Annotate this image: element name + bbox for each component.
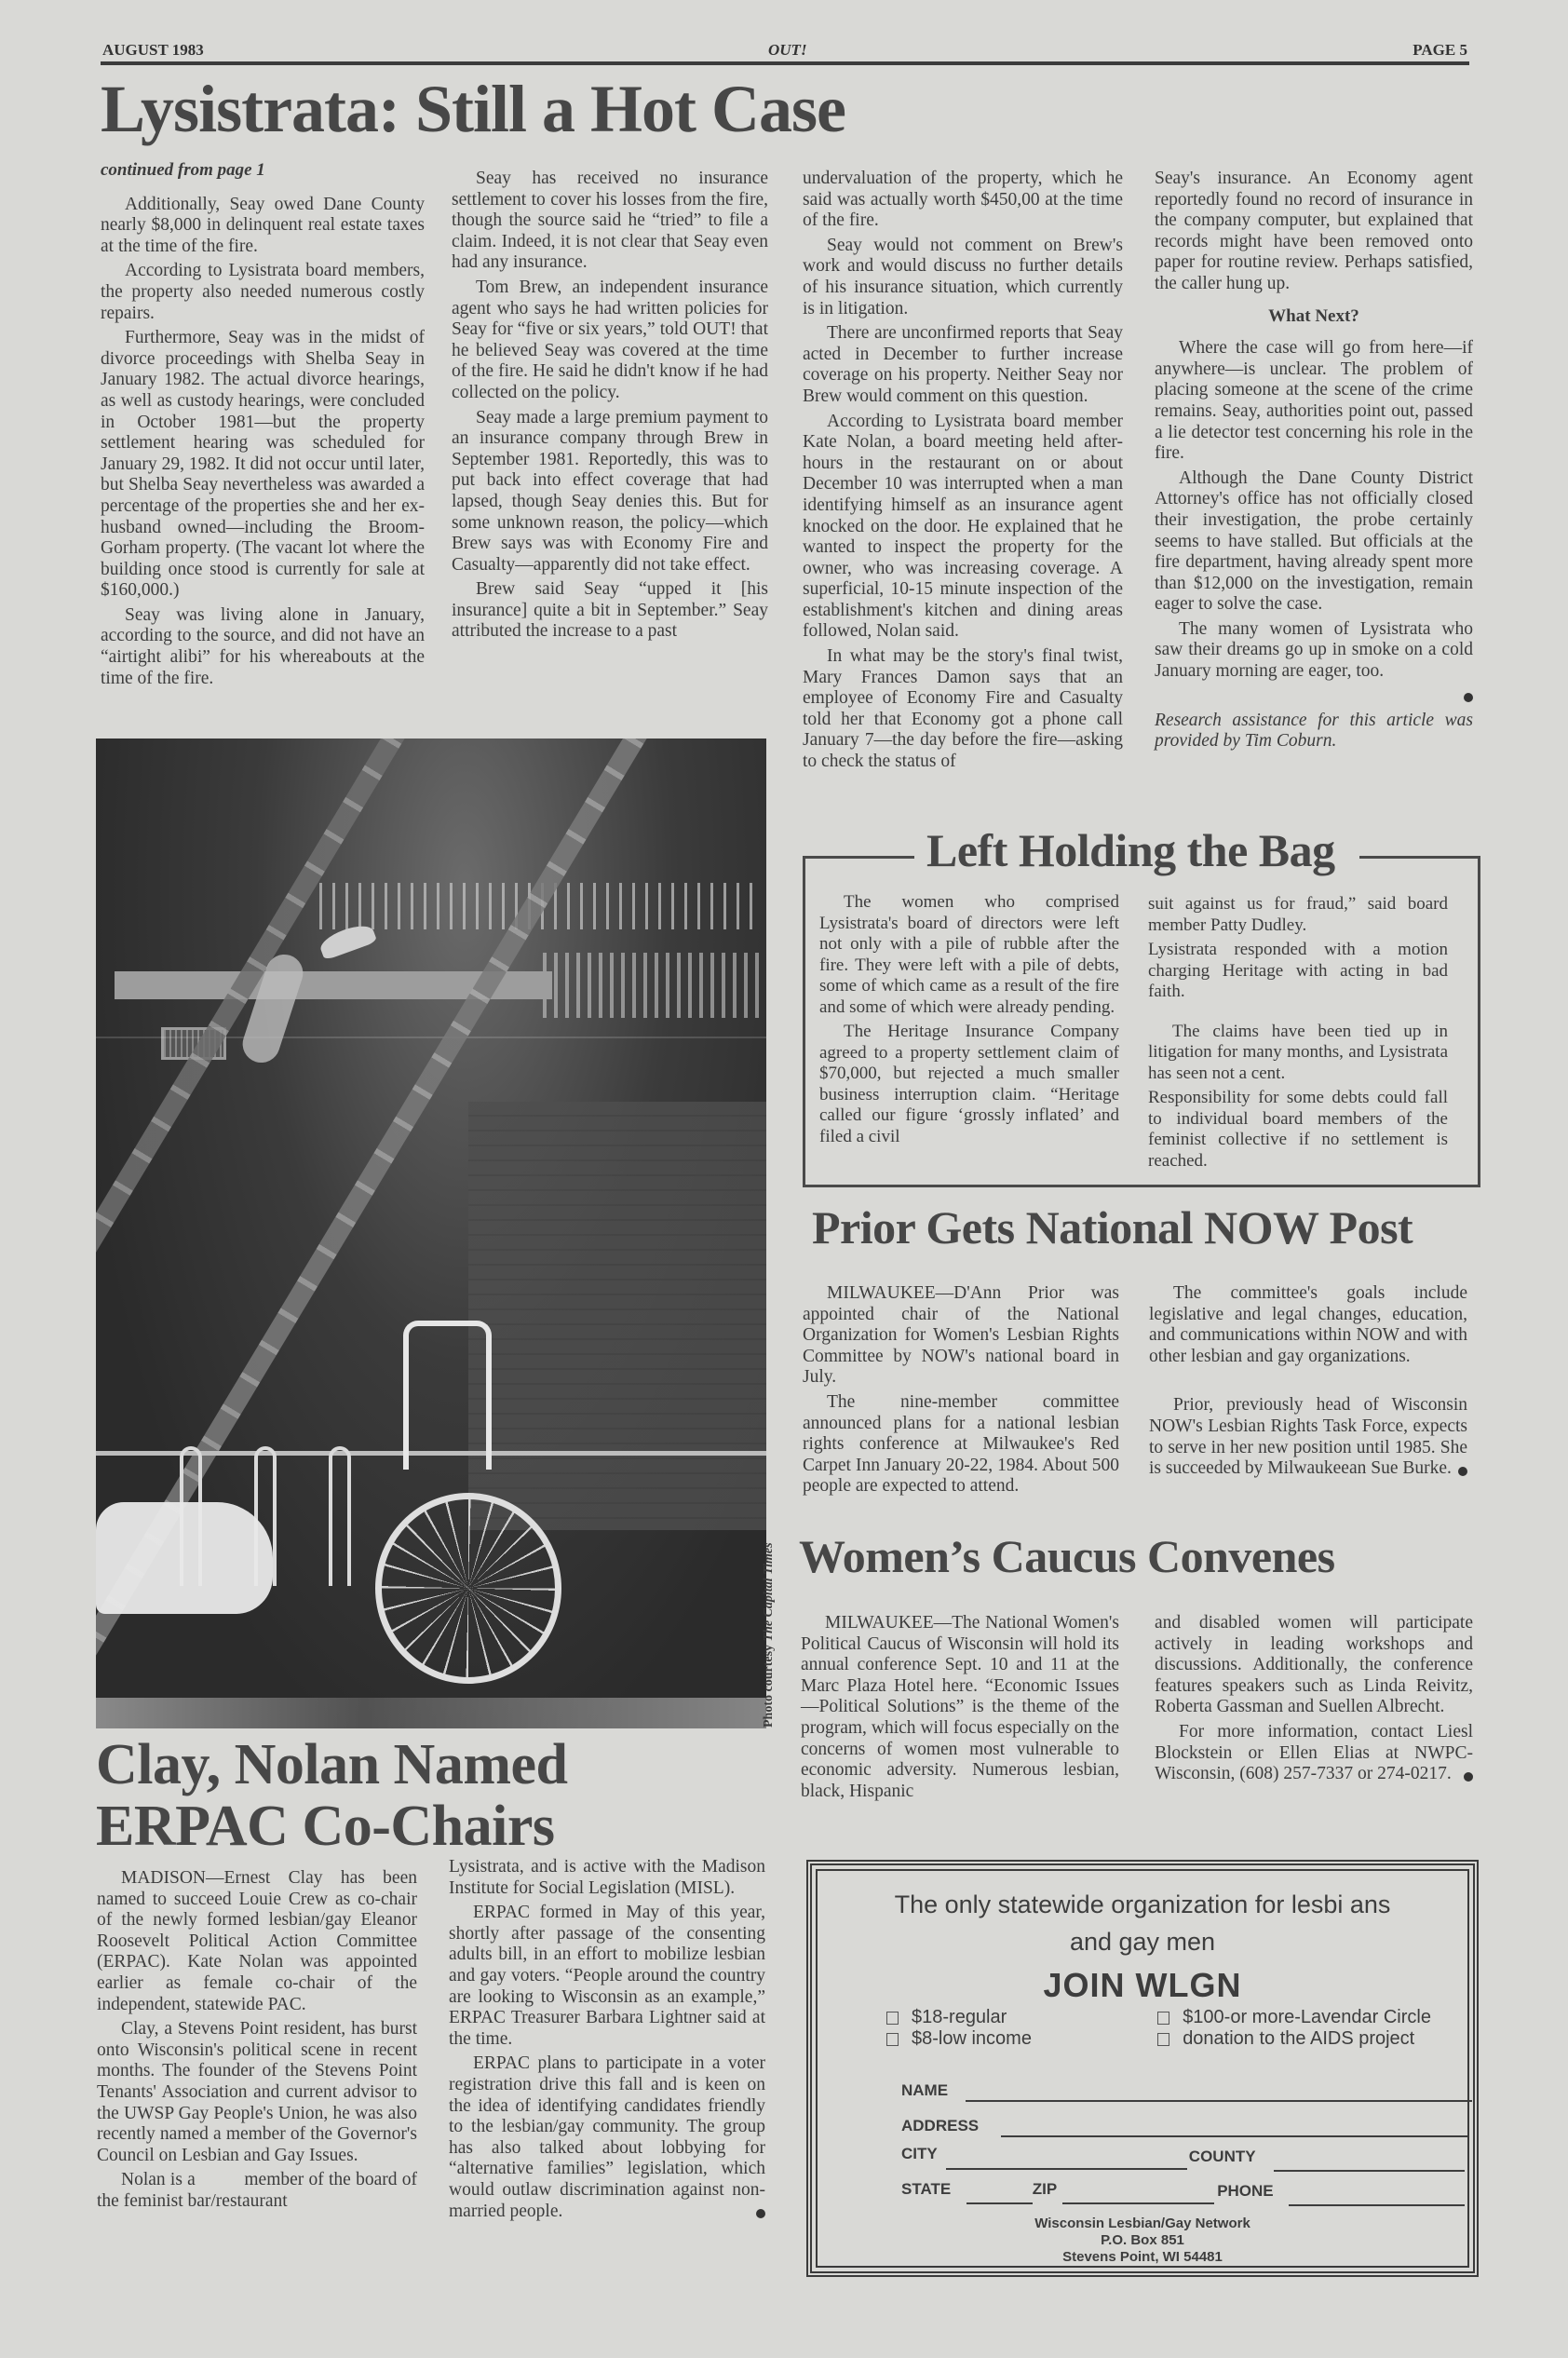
address-label: ADDRESS	[901, 2117, 979, 2135]
paper-fold	[96, 1037, 766, 1038]
ad-tagline: The only statewide organization for lesb…	[812, 1886, 1473, 1960]
paragraph: According to Lysistrata board member Kat…	[803, 412, 1123, 644]
checkbox-icon[interactable]	[886, 2033, 899, 2046]
header-rule	[101, 61, 1469, 65]
state-field[interactable]	[966, 2202, 1032, 2204]
what-next-subhead: What Next?	[1155, 306, 1473, 328]
paragraph: Seay has received no insurance settlemen…	[452, 169, 768, 274]
option-label: $18-regular	[912, 2007, 1007, 2028]
county-label: COUNTY	[1189, 2148, 1256, 2166]
prior-column-1: MILWAUKEE—D'Ann Prior was appointed chai…	[803, 1283, 1119, 1501]
address-field[interactable]	[1001, 2135, 1467, 2137]
prior-now-headline: Prior Gets National NOW Post	[812, 1203, 1413, 1253]
option-label: donation to the AIDS project	[1183, 2028, 1414, 2050]
po-box: P.O. Box 851	[812, 2232, 1473, 2249]
end-bullet-icon	[1464, 1772, 1473, 1782]
paragraph: Additionally, Seay owed Dane County near…	[101, 195, 425, 258]
fire-scene-photo	[96, 739, 766, 1728]
county-field[interactable]	[1274, 2170, 1465, 2172]
name-field[interactable]	[966, 2100, 1472, 2102]
bag-column-2: suit against us for fraud,” said board m…	[1148, 894, 1448, 1175]
paragraph: The committee's goals include legislativ…	[1149, 1283, 1467, 1367]
icicles	[543, 953, 766, 1018]
lysistrata-column-4: Seay's insurance. An Economy agent repor…	[1155, 169, 1473, 756]
paragraph: The many women of Lysistrata who saw the…	[1155, 619, 1473, 683]
box-top-rule-right	[1359, 856, 1480, 859]
join-wlgn-heading: JOIN WLGN	[812, 1966, 1473, 2005]
paragraph: Lysistrata responded with a motion charg…	[1148, 940, 1448, 1003]
erpac-headline: Clay, Nolan Named ERPAC Co-Chairs	[96, 1734, 567, 1857]
paragraph: For more information, contact Liesl Bloc…	[1155, 1722, 1473, 1785]
paragraph: Furthermore, Seay was in the midst of di…	[101, 328, 425, 602]
tagline-line-1: The only statewide organization for lesb…	[812, 1886, 1473, 1923]
snow-pile	[96, 1502, 273, 1614]
paragraph: In what may be the story's final twist, …	[803, 646, 1123, 773]
womens-caucus-headline: Women’s Caucus Convenes	[799, 1532, 1335, 1581]
lysistrata-column-2: Seay has received no insurance settlemen…	[452, 169, 768, 646]
paragraph: ERPAC formed in May of this year, shortl…	[449, 1903, 765, 2050]
city-label: CITY	[901, 2145, 938, 2163]
paragraph: suit against us for fraud,” said board m…	[1148, 894, 1448, 936]
erpac-column-2: Lysistrata, and is active with the Madis…	[449, 1857, 765, 2226]
research-credit: Research assistance for this article was…	[1155, 711, 1473, 752]
prior-column-2: The committee's goals include legislativ…	[1149, 1283, 1467, 1484]
frozen-chair	[403, 1321, 492, 1470]
state-label: STATE	[901, 2180, 951, 2199]
paragraph: and disabled women will participate acti…	[1155, 1613, 1473, 1718]
option-label: $100-or more-Lavendar Circle	[1183, 2007, 1431, 2028]
paragraph: Clay, a Stevens Point resident, has burs…	[97, 2019, 417, 2166]
end-bullet-icon	[1458, 1467, 1467, 1476]
paragraph: Seay was living alone in January, accord…	[101, 605, 425, 689]
paragraph: Seay would not comment on Brew's work an…	[803, 236, 1123, 319]
option-label: $8-low income	[912, 2028, 1032, 2050]
erpac-headline-line-2: ERPAC Co-Chairs	[96, 1796, 567, 1857]
paragraph: MILWAUKEE—D'Ann Prior was appointed chai…	[803, 1283, 1119, 1389]
wlgn-membership-ad: The only statewide organization for lesb…	[806, 1860, 1479, 2277]
caucus-column-2: and disabled women will participate acti…	[1155, 1613, 1473, 1789]
paragraph: MADISON—Ernest Clay has been named to su…	[97, 1868, 417, 2015]
option-low-income[interactable]: $8-low income	[886, 2028, 1032, 2050]
erpac-column-1: MADISON—Ernest Clay has been named to su…	[97, 1868, 417, 2216]
tagline-line-2: and gay men	[812, 1923, 1473, 1960]
org-name: Wisconsin Lesbian/Gay Network	[812, 2216, 1473, 2232]
name-label: NAME	[901, 2081, 948, 2100]
page-number: PAGE 5	[1413, 41, 1467, 60]
left-holding-bag-headline: Left Holding the Bag	[926, 823, 1335, 877]
paragraph: Lysistrata, and is active with the Madis…	[449, 1857, 765, 1899]
lysistrata-headline: Lysistrata: Still a Hot Case	[101, 73, 845, 146]
icy-ground	[96, 1698, 766, 1728]
option-lavender-circle[interactable]: $100-or more-Lavendar Circle	[1157, 2007, 1431, 2028]
phone-label: PHONE	[1217, 2182, 1273, 2201]
paragraph: MILWAUKEE—The National Women's Political…	[801, 1613, 1119, 1802]
paragraph: ERPAC plans to participate in a voter re…	[449, 2053, 765, 2222]
bike-rack-loop	[329, 1446, 351, 1586]
paragraph: Nolan is a member of the board of the fe…	[97, 2170, 417, 2212]
caucus-column-1: MILWAUKEE—The National Women's Political…	[801, 1613, 1119, 1806]
city-field[interactable]	[946, 2168, 1187, 2170]
paragraph: There are unconfirmed reports that Seay …	[803, 323, 1123, 407]
option-regular[interactable]: $18-regular	[886, 2007, 1007, 2028]
paragraph: The nine-member committee announced plan…	[803, 1392, 1119, 1497]
continued-kicker: continued from page 1	[101, 160, 425, 182]
checkbox-icon[interactable]	[1157, 2012, 1169, 2025]
erpac-headline-line-1: Clay, Nolan Named	[96, 1734, 567, 1796]
zip-field[interactable]	[1062, 2202, 1214, 2204]
paragraph: Prior, previously head of Wisconsin NOW'…	[1149, 1395, 1467, 1479]
paragraph: The women who comprised Lysistrata's boa…	[819, 892, 1119, 1018]
lysistrata-column-3: undervaluation of the property, which he…	[803, 169, 1123, 777]
checkbox-icon[interactable]	[886, 2012, 899, 2025]
frozen-bicycle-wheel	[375, 1493, 561, 1684]
paragraph: Where the case will go from here—if anyw…	[1155, 338, 1473, 465]
paragraph: Responsibility for some debts could fall…	[1148, 1088, 1448, 1172]
paragraph: Seay's insurance. An Economy agent repor…	[1155, 169, 1473, 295]
city-state-zip: Stevens Point, WI 54481	[812, 2249, 1473, 2266]
phone-field[interactable]	[1289, 2204, 1465, 2206]
paragraph: According to Lysistrata board members, t…	[101, 261, 425, 324]
paragraph: undervaluation of the property, which he…	[803, 169, 1123, 232]
paragraph: Tom Brew, an independent insurance agent…	[452, 278, 768, 404]
lysistrata-column-1: continued from page 1 Additionally, Seay…	[101, 160, 425, 693]
brick-wall	[468, 1102, 766, 1530]
checkbox-icon[interactable]	[1157, 2033, 1169, 2046]
bag-column-1: The women who comprised Lysistrata's boa…	[819, 892, 1119, 1151]
box-top-rule-left	[803, 856, 914, 859]
publication-name: OUT!	[768, 41, 807, 60]
end-bullet-icon	[1464, 693, 1473, 702]
ad-mailing-address: Wisconsin Lesbian/Gay Network P.O. Box 8…	[812, 2216, 1473, 2266]
paragraph: The Heritage Insurance Company agreed to…	[819, 1022, 1119, 1147]
paragraph: Seay made a large premium payment to an …	[452, 408, 768, 576]
paragraph: Brew said Seay “upped it [his insurance]…	[452, 579, 768, 643]
photo-credit: Photo courtesy The Capital Times	[762, 1542, 777, 1728]
paragraph: The claims have been tied up in litigati…	[1148, 1022, 1448, 1085]
paragraph: Although the Dane County District Attorn…	[1155, 468, 1473, 616]
zip-label: ZIP	[1033, 2180, 1057, 2199]
issue-date: AUGUST 1983	[102, 41, 204, 60]
option-aids-donation[interactable]: donation to the AIDS project	[1157, 2028, 1414, 2050]
